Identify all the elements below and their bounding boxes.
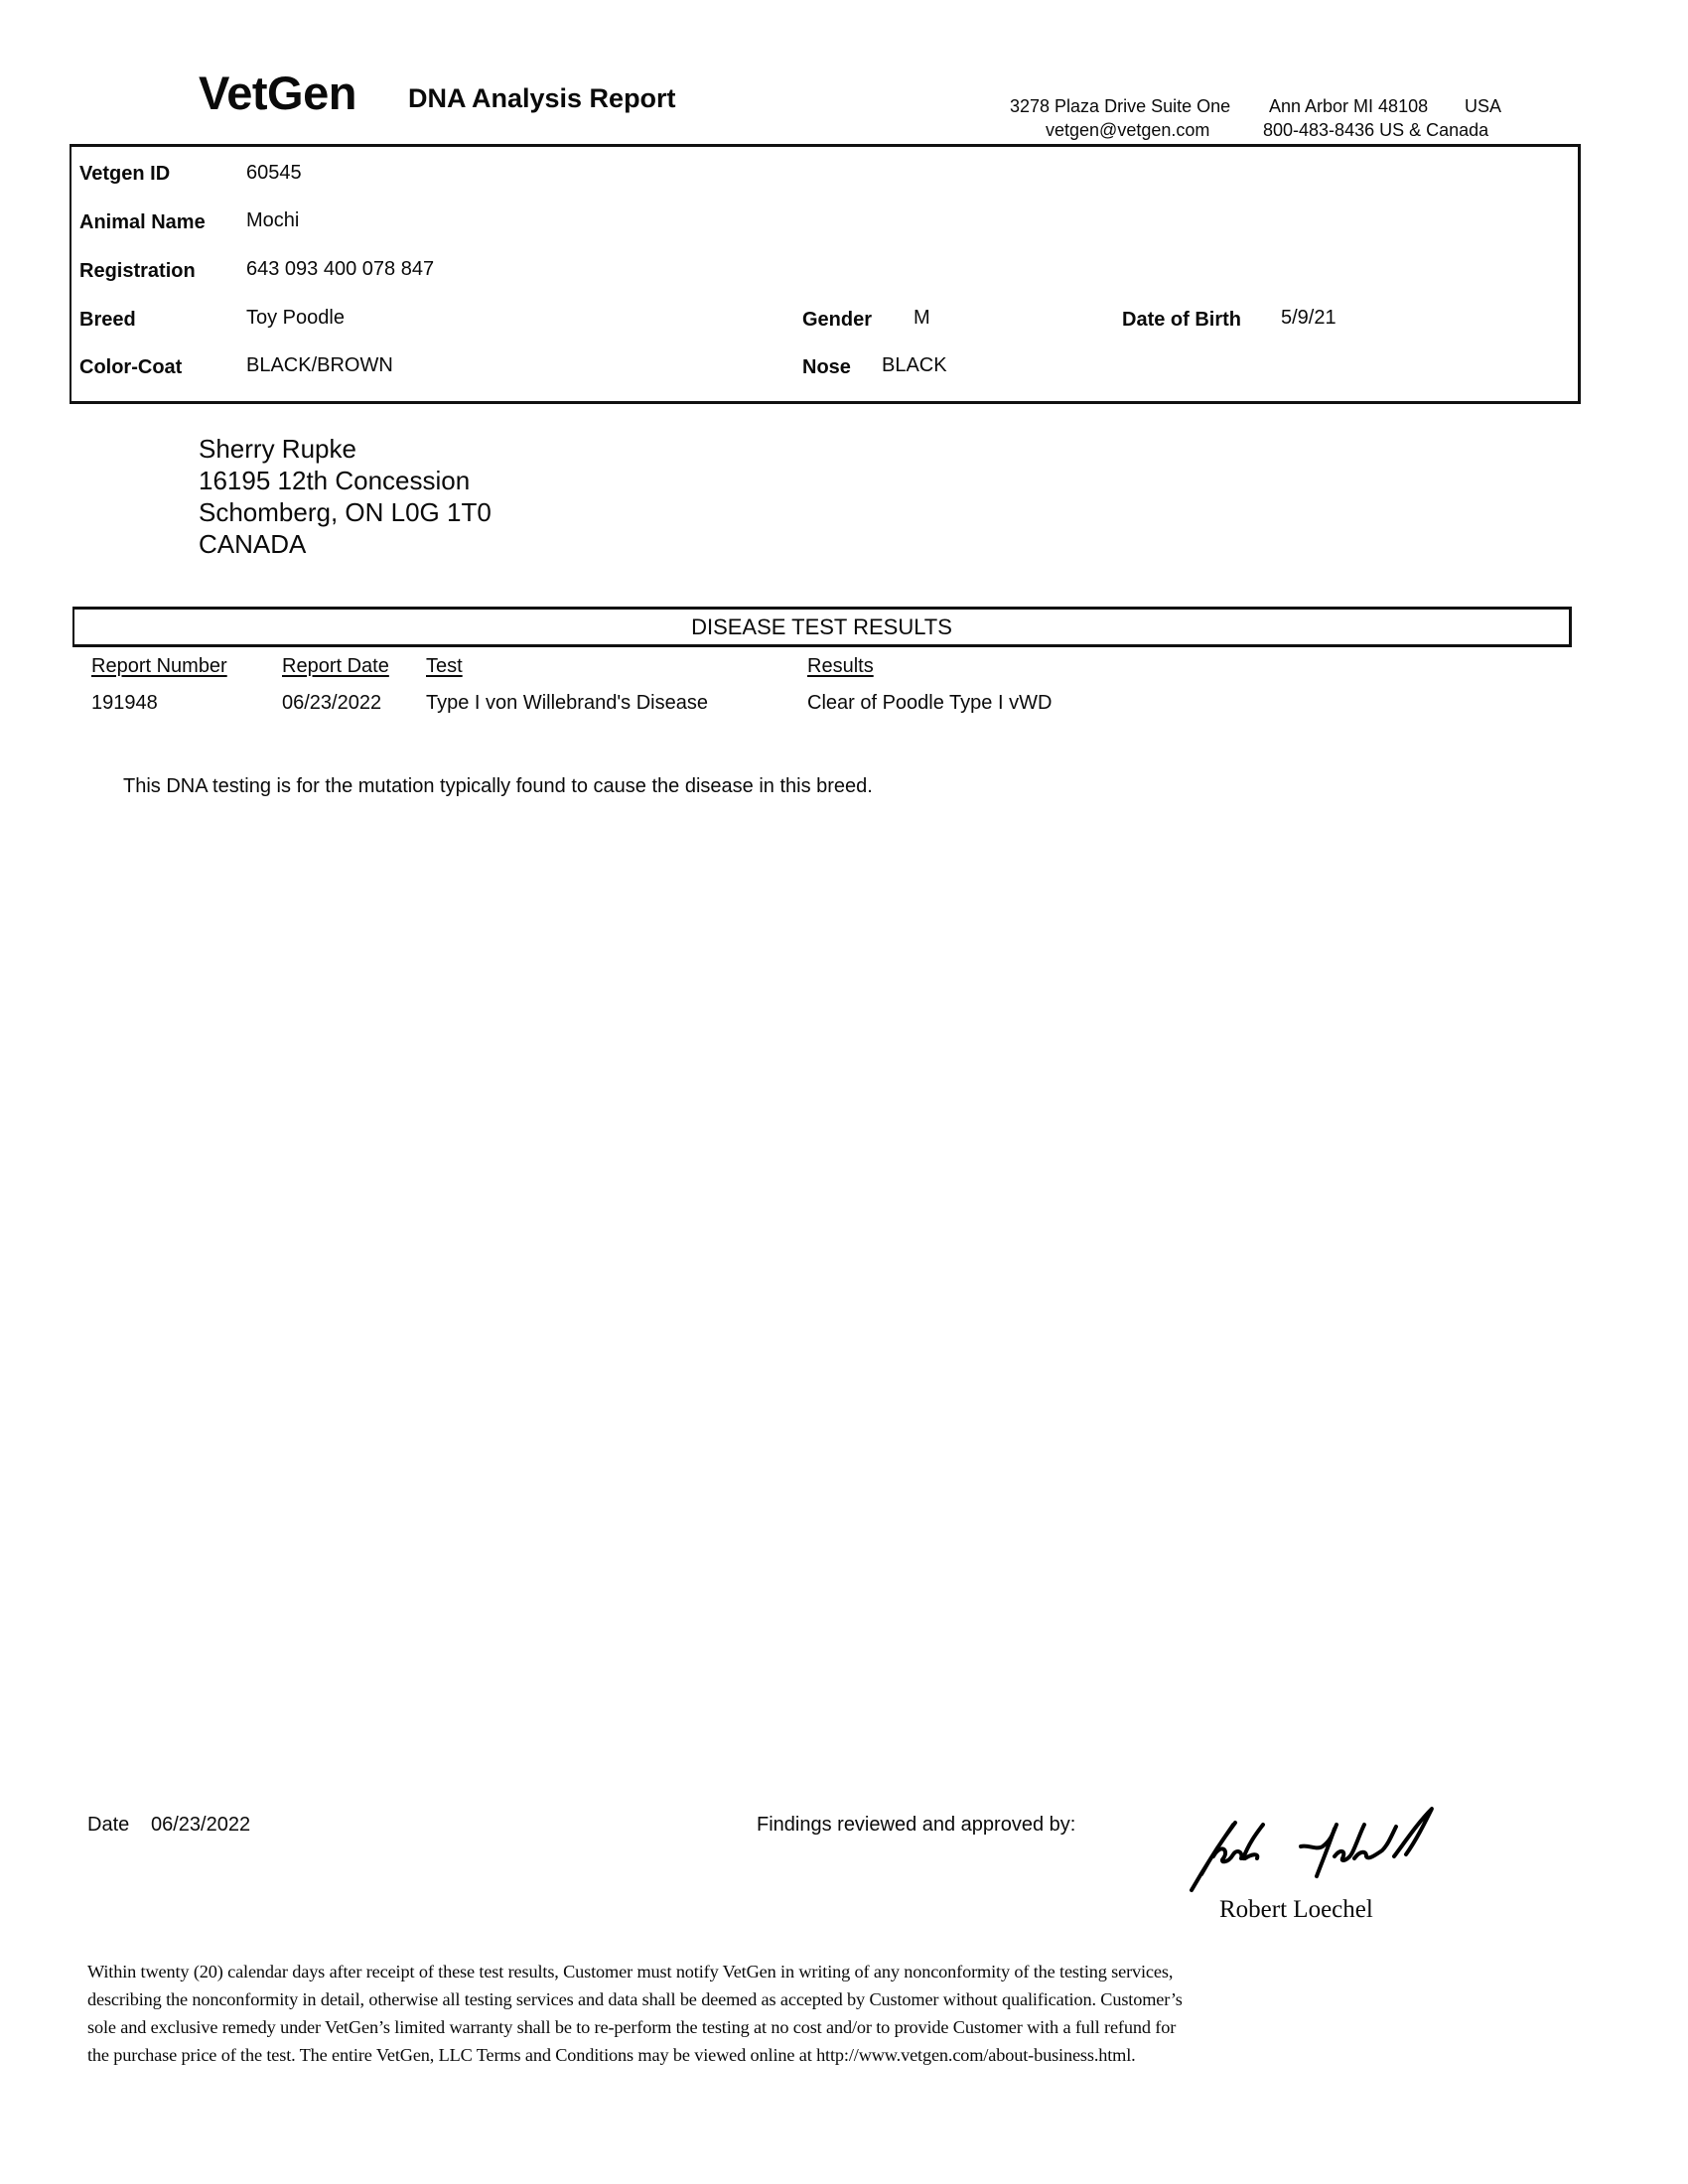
date-label: Date — [87, 1814, 129, 1837]
registration-value: 643 093 400 078 847 — [246, 258, 434, 281]
testing-note: This DNA testing is for the mutation typ… — [123, 775, 873, 798]
report-date-cell: 06/23/2022 — [282, 692, 381, 715]
owner-country: CANADA — [199, 528, 306, 560]
animal-name-label: Animal Name — [79, 211, 206, 234]
test-cell: Type I von Willebrand's Disease — [426, 692, 708, 715]
report-title: DNA Analysis Report — [408, 83, 676, 114]
owner-name: Sherry Rupke — [199, 433, 356, 465]
breed-value: Toy Poodle — [246, 307, 345, 330]
gender-value: M — [914, 307, 930, 330]
disclaimer-line: the purchase price of the test. The enti… — [87, 2041, 1438, 2069]
vetgen-logo: VetGen — [199, 66, 356, 120]
disease-results-header: DISEASE TEST RESULTS — [72, 607, 1572, 647]
registration-label: Registration — [79, 260, 196, 283]
col-header-report-number: Report Number — [91, 655, 227, 678]
dob-label: Date of Birth — [1122, 309, 1241, 332]
color-coat-value: BLACK/BROWN — [246, 354, 393, 377]
nose-label: Nose — [802, 356, 851, 379]
col-header-report-date: Report Date — [282, 655, 389, 678]
company-country: USA — [1465, 96, 1501, 117]
company-city: Ann Arbor MI 48108 — [1269, 96, 1428, 117]
company-email: vetgen@vetgen.com — [1046, 120, 1209, 141]
owner-city: Schomberg, ON L0G 1T0 — [199, 496, 492, 528]
report-number-cell: 191948 — [91, 692, 158, 715]
dob-value: 5/9/21 — [1281, 307, 1336, 330]
company-street: 3278 Plaza Drive Suite One — [1010, 96, 1230, 117]
signature-image — [1172, 1795, 1470, 1906]
breed-label: Breed — [79, 309, 136, 332]
company-phone: 800-483-8436 US & Canada — [1263, 120, 1488, 141]
vetgen-id-label: Vetgen ID — [79, 163, 170, 186]
owner-street: 16195 12th Concession — [199, 465, 470, 496]
result-cell: Clear of Poodle Type I vWD — [807, 692, 1052, 715]
gender-label: Gender — [802, 309, 872, 332]
signer-name: Robert Loechel — [1219, 1896, 1373, 1924]
disclaimer: Within twenty (20) calendar days after r… — [87, 1958, 1438, 2069]
disease-results-title: DISEASE TEST RESULTS — [74, 614, 1569, 640]
date-value: 06/23/2022 — [151, 1814, 250, 1837]
disclaimer-line: Within twenty (20) calendar days after r… — [87, 1958, 1438, 1985]
approval-text: Findings reviewed and approved by: — [757, 1814, 1075, 1837]
color-coat-label: Color-Coat — [79, 356, 182, 379]
col-header-test: Test — [426, 655, 463, 678]
nose-value: BLACK — [882, 354, 947, 377]
disclaimer-line: sole and exclusive remedy under VetGen’s… — [87, 2013, 1438, 2041]
disclaimer-line: describing the nonconformity in detail, … — [87, 1985, 1438, 2013]
vetgen-id-value: 60545 — [246, 162, 302, 185]
animal-name-value: Mochi — [246, 209, 299, 232]
col-header-results: Results — [807, 655, 874, 678]
